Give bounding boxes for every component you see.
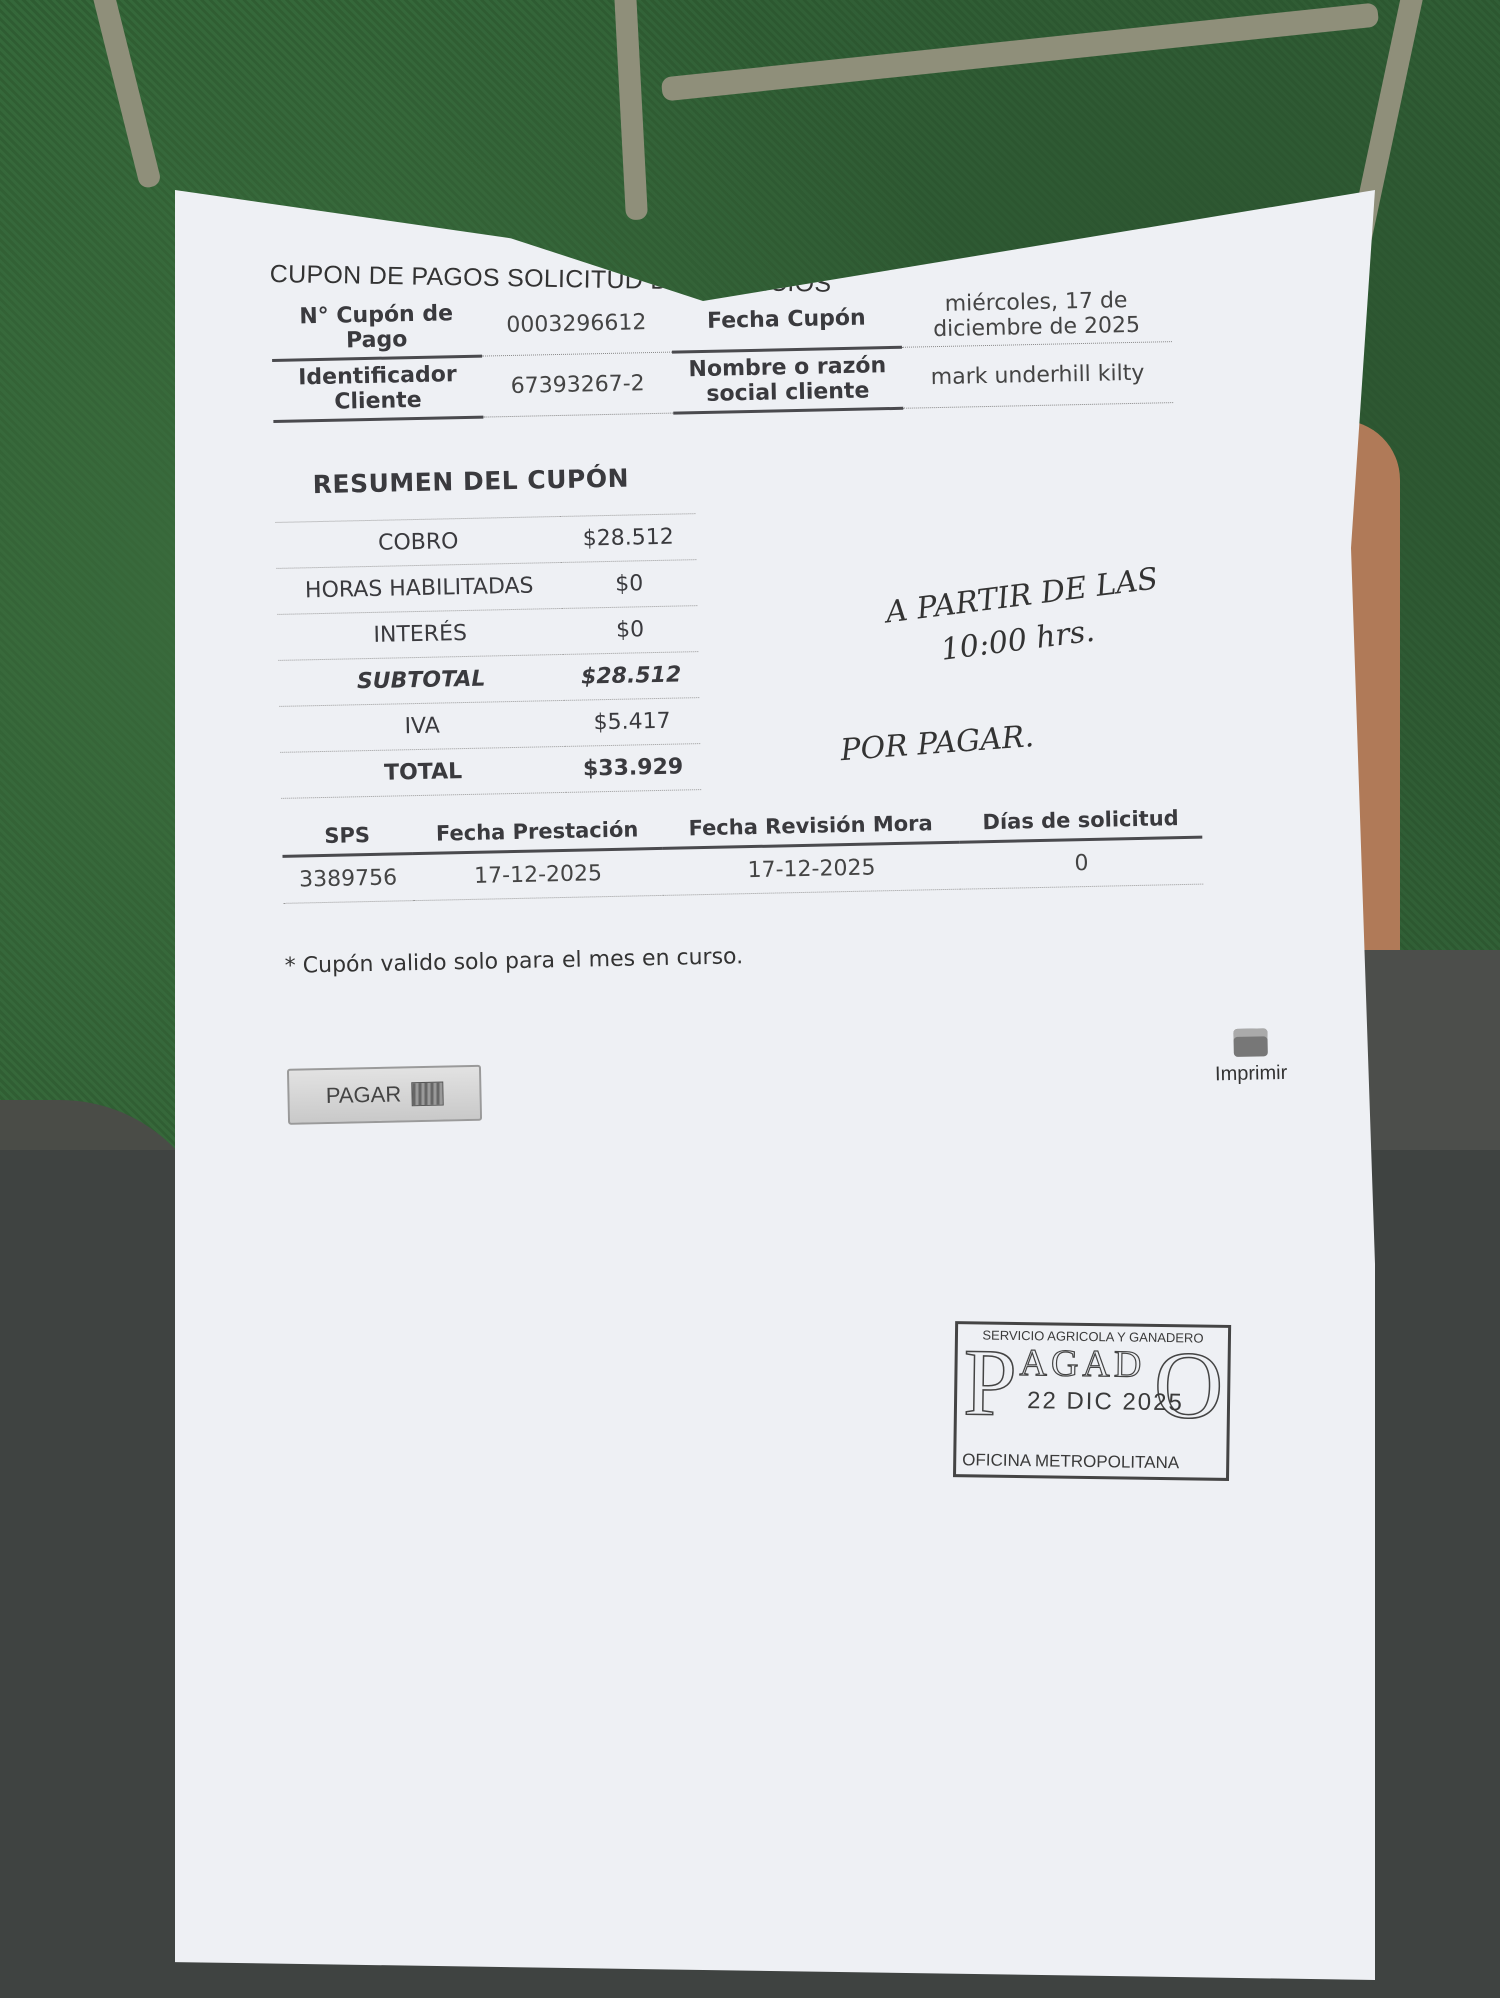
summary-value: $33.929	[565, 744, 701, 793]
stamp-date: 22 DIC 2025	[1027, 1387, 1184, 1417]
coupon-header-table: N° Cupón de Pago 0003296612 Fecha Cupón …	[271, 282, 1173, 423]
client-id-label: Identificador Cliente	[272, 356, 483, 421]
column-header: Días de solicitud	[959, 800, 1202, 843]
sps-cell: 3389756	[282, 854, 413, 904]
print-label: Imprimir	[1215, 1062, 1288, 1086]
handwritten-note: A PARTIR DE LAS 10:00 hrs.	[883, 557, 1166, 679]
basket-icon	[411, 1082, 443, 1107]
coupon-number-label: N° Cupón de Pago	[271, 297, 482, 361]
payment-coupon-sheet: CUPON DE PAGOS SOLICITUD DE SERVICIOS N°…	[175, 190, 1375, 1980]
summary-value: $28.512	[563, 652, 699, 701]
coupon-content: CUPON DE PAGOS SOLICITUD DE SERVICIOS N°…	[270, 239, 1288, 1149]
stamp-office: OFICINA METROPOLITANA	[962, 1450, 1179, 1473]
total-row: TOTAL$33.929	[280, 744, 701, 799]
stamp-letter-p: P	[963, 1334, 1018, 1431]
summary-label: HORAS HABILITADAS	[276, 562, 562, 614]
handwritten-por-pagar: POR PAGAR.	[839, 719, 1035, 768]
column-header: Fecha Revisión Mora	[662, 805, 960, 849]
summary-label: COBRO	[275, 516, 561, 568]
printer-icon	[1233, 1028, 1268, 1057]
client-id: 67393267-2	[482, 352, 673, 417]
services-table: SPS Fecha Prestación Fecha Revisión Mora…	[282, 800, 1204, 904]
client-name: mark underhill kilty	[902, 342, 1173, 409]
summary-label: IVA	[279, 700, 565, 752]
coupon-number: 0003296612	[481, 293, 672, 356]
request-days-cell: 0	[960, 837, 1204, 889]
summary-title: RESUMEN DEL CUPÓN	[312, 450, 1274, 499]
pay-button[interactable]: PAGAR	[287, 1065, 482, 1125]
service-date-cell: 17-12-2025	[413, 848, 664, 900]
summary-value: $0	[562, 606, 698, 655]
paid-stamp: SERVICIO AGRICOLA Y GANADERO P AGAD O 22…	[953, 1321, 1231, 1481]
summary-value: $0	[561, 560, 697, 609]
print-button[interactable]: Imprimir	[1214, 1028, 1287, 1087]
column-header: SPS	[282, 816, 413, 856]
summary-value: $28.512	[560, 514, 696, 563]
stamp-status: AGAD	[1019, 1341, 1145, 1387]
validity-note: * Cupón valido solo para el mes en curso…	[285, 933, 1285, 979]
client-name-label: Nombre o razón social cliente	[672, 347, 903, 413]
summary-label: INTERÉS	[277, 608, 563, 660]
column-header: Fecha Prestación	[412, 811, 662, 854]
pay-label: PAGAR	[326, 1081, 402, 1109]
summary-table: COBRO$28.512 HORAS HABILITADAS$0 INTERÉS…	[275, 513, 701, 799]
stamp-letter-o: O	[1153, 1337, 1224, 1434]
summary-value: $5.417	[564, 698, 700, 747]
summary-label: SUBTOTAL	[278, 654, 564, 706]
actions-row: PAGAR Imprimir	[287, 1048, 1288, 1149]
late-review-date-cell: 17-12-2025	[662, 842, 960, 895]
summary-label: TOTAL	[280, 746, 566, 798]
